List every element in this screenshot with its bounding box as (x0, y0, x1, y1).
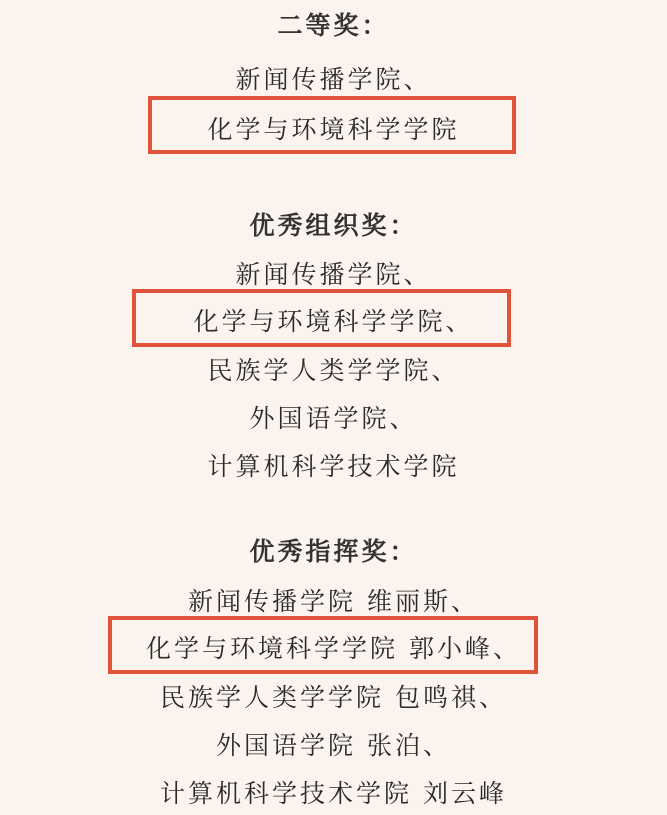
section-heading: 二等奖： (0, 6, 667, 42)
list-item: 民族学人类学学院、 (0, 351, 667, 387)
list-item: 外国语学院 张泊、 (0, 726, 667, 762)
list-item: 计算机科学技术学院 刘云峰 (0, 774, 667, 810)
section-heading: 优秀组织奖： (0, 206, 667, 242)
list-item: 民族学人类学学院 包鸣祺、 (0, 678, 667, 714)
list-item: 计算机科学技术学院 (0, 447, 667, 483)
list-item: 新闻传播学院、 (0, 60, 667, 96)
list-item: 新闻传播学院 维丽斯、 (0, 582, 667, 618)
list-item-highlighted: 化学与环境科学学院 郭小峰、 (0, 629, 667, 665)
list-item: 新闻传播学院、 (0, 255, 667, 291)
list-item-highlighted: 化学与环境科学学院、 (0, 302, 667, 338)
list-item: 外国语学院、 (0, 399, 667, 435)
list-item-highlighted: 化学与环境科学学院 (0, 110, 667, 146)
section-heading: 优秀指挥奖： (0, 532, 667, 568)
